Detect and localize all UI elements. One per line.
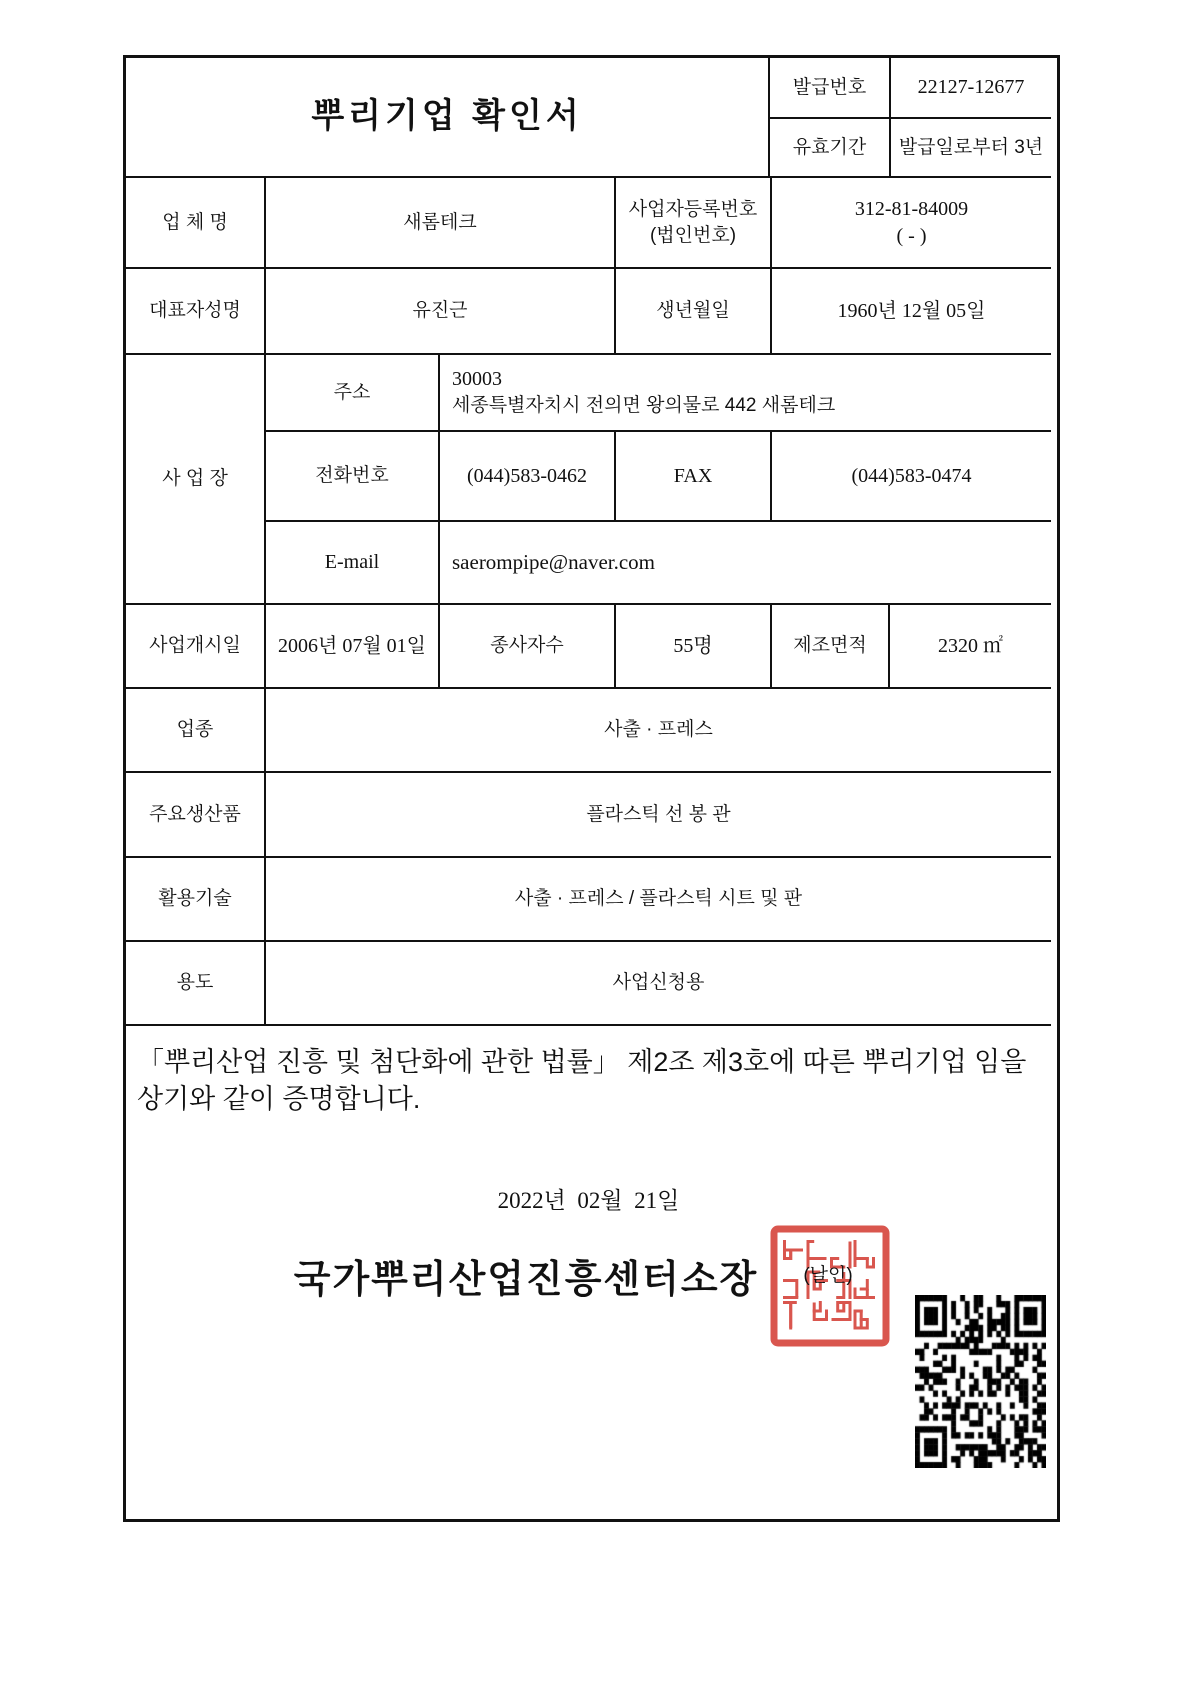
- document-title: 뿌리기업 확인서: [126, 58, 768, 176]
- employees-value: 55명: [614, 603, 770, 687]
- phone-label: 전화번호: [264, 430, 438, 520]
- issue-date: 2022년 02월 21일: [126, 1182, 1051, 1215]
- address-value: 30003 세종특별자치시 전의면 왕의물로 442 새롬테크: [438, 353, 1051, 430]
- purpose-value: 사업신청용: [264, 940, 1051, 1024]
- issue-number-label: 발급번호: [768, 58, 889, 117]
- certificate-page: 뿌리기업 확인서 발급번호 22127-12677 유효기간 발급일로부터 3년…: [0, 0, 1190, 1684]
- qr-code: [915, 1295, 1046, 1468]
- certificate-table: 뿌리기업 확인서 발급번호 22127-12677 유효기간 발급일로부터 3년…: [123, 55, 1060, 1522]
- certification-section: 「뿌리산업 진흥 및 첨단화에 관한 법률」 제2조 제3호에 따른 뿌리기업 …: [126, 1024, 1051, 1515]
- purpose-label: 용도: [126, 940, 264, 1024]
- business-start-value: 2006년 07월 01일: [264, 603, 438, 687]
- ceo-name-label: 대표자성명: [126, 267, 264, 353]
- corporate-number: ( - ): [897, 223, 927, 250]
- factory-area-value: 2320 ㎡: [888, 603, 1051, 687]
- workplace-label: 사 업 장: [126, 353, 264, 603]
- birthdate-label: 생년월일: [614, 267, 770, 353]
- birthdate-value: 1960년 12월 05일: [770, 267, 1051, 353]
- seal-note: (날인): [798, 1260, 858, 1287]
- fax-value: (044)583-0474: [770, 430, 1051, 520]
- address-text: 세종특별자치시 전의면 왕의물로 442 새롬테크: [452, 393, 835, 419]
- company-name-label: 업 체 명: [126, 176, 264, 267]
- certification-statement: 「뿌리산업 진흥 및 첨단화에 관한 법률」 제2조 제3호에 따른 뿌리기업 …: [137, 1044, 1043, 1118]
- fax-label: FAX: [614, 430, 770, 520]
- email-value: saerompipe@naver.com: [438, 520, 1051, 603]
- validity-value: 발급일로부터 3년: [889, 117, 1051, 176]
- business-reg-label: 사업자등록번호 (법인번호): [614, 176, 770, 267]
- main-products-value: 플라스틱 선 봉 관: [264, 771, 1051, 856]
- business-reg-value: 312-81-84009 ( - ): [770, 176, 1051, 267]
- industry-label: 업종: [126, 687, 264, 771]
- factory-area-label: 제조면적: [770, 603, 888, 687]
- phone-value: (044)583-0462: [438, 430, 614, 520]
- business-start-label: 사업개시일: [126, 603, 264, 687]
- business-reg-number: 312-81-84009: [855, 196, 968, 223]
- address-zipcode: 30003: [452, 366, 502, 393]
- email-label: E-mail: [264, 520, 438, 603]
- applied-tech-label: 활용기술: [126, 856, 264, 940]
- issue-number-value: 22127-12677: [889, 58, 1051, 117]
- company-name-value: 새롬테크: [264, 176, 614, 267]
- ceo-name-value: 유진근: [264, 267, 614, 353]
- address-label: 주소: [264, 353, 438, 430]
- employees-label: 종사자수: [438, 603, 614, 687]
- validity-label: 유효기간: [768, 117, 889, 176]
- applied-tech-value: 사출 · 프레스 / 플라스틱 시트 및 판: [264, 856, 1051, 940]
- main-products-label: 주요생산품: [126, 771, 264, 856]
- industry-value: 사출 · 프레스: [264, 687, 1051, 771]
- business-reg-label-line2: (법인번호): [650, 223, 736, 249]
- business-reg-label-line1: 사업자등록번호: [629, 197, 757, 223]
- statement-line1: 「뿌리산업 진흥 및 첨단화에 관한 법률」 제2조 제3호에 따른 뿌리기업 …: [137, 1044, 1043, 1081]
- statement-line2: 상기와 같이 증명합니다.: [137, 1081, 1043, 1118]
